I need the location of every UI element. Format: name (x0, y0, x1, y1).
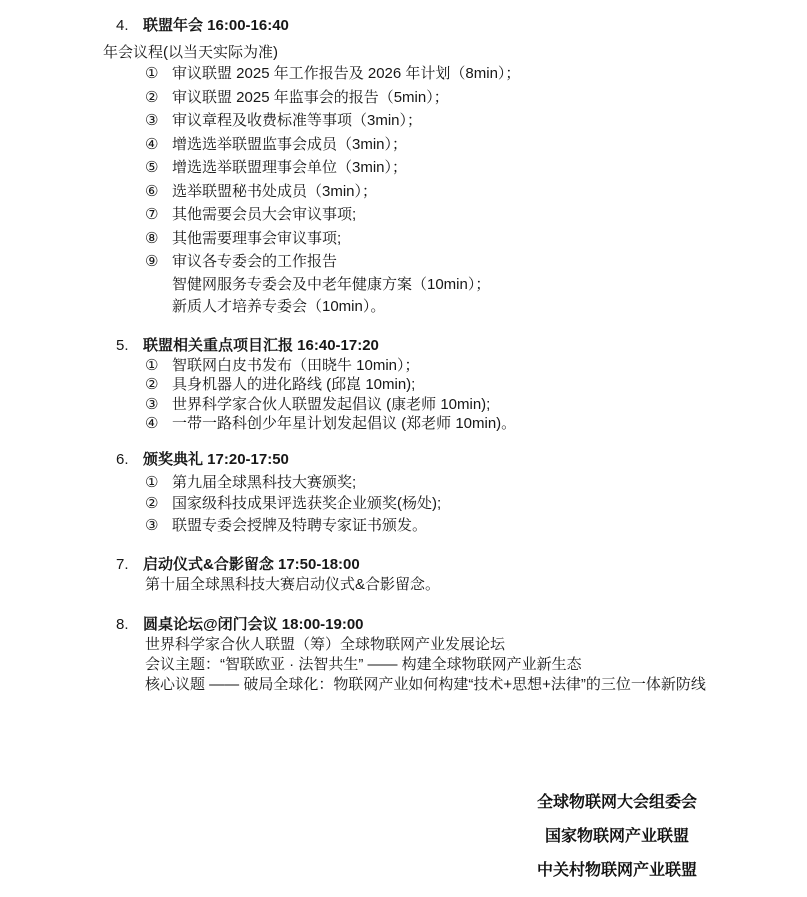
item-text: 联盟专委会授牌及特聘专家证书颁发。 (172, 515, 427, 537)
item-text: 第九届全球黑科技大赛颁奖; (172, 472, 356, 494)
agenda-item: ① 第九届全球黑科技大赛颁奖; (145, 472, 767, 494)
section-title: 联盟相关重点项目汇报 16:40-17:20 (143, 338, 379, 353)
agenda-section-key-projects: 5. 联盟相关重点项目汇报 16:40-17:20 ① 智联网白皮书发布（田晓牛… (103, 338, 767, 434)
item-text: 增选选举联盟理事会单位（3min）； (172, 156, 407, 180)
item-text: 其他需要理事会审议事项; (172, 227, 341, 251)
agenda-item-list: ① 审议联盟 2025 年工作报告及 2026 年计划（8min）； ② 审议联… (145, 62, 767, 274)
signature-line: 国家物联网产业联盟 (467, 820, 767, 854)
section-intro: 年会议程(以当天实际为准) (103, 45, 767, 60)
item-marker: ③ (145, 109, 172, 133)
section-body-line: 第十届全球黑科技大赛启动仪式&合影留念。 (145, 575, 767, 595)
section-heading: 5. 联盟相关重点项目汇报 16:40-17:20 (116, 338, 767, 353)
section-number: 5. (116, 338, 143, 353)
item-text: 增选选举联盟监事会成员（3min）； (172, 133, 407, 157)
item-marker: ⑤ (145, 156, 172, 180)
item-text: 世界科学家合伙人联盟发起倡议 (康老师 10min); (172, 395, 490, 415)
item-continuation-line: 智健网服务专委会及中老年健康方案（10min）； (172, 274, 767, 296)
agenda-section-launch-ceremony: 7. 启动仪式&合影留念 17:50-18:00 第十届全球黑科技大赛启动仪式&… (103, 557, 767, 595)
agenda-item: ④ 一带一路科创少年星计划发起倡议 (郑老师 10min)。 (145, 414, 767, 434)
section-heading: 7. 启动仪式&合影留念 17:50-18:00 (116, 557, 767, 572)
item-marker: ② (145, 493, 172, 515)
agenda-item-list: ① 第九届全球黑科技大赛颁奖; ② 国家级科技成果评选获奖企业颁奖(杨处); ③… (145, 472, 767, 537)
agenda-item: ③ 世界科学家合伙人联盟发起倡议 (康老师 10min); (145, 395, 767, 415)
agenda-item: ⑧ 其他需要理事会审议事项; (145, 227, 767, 251)
item-marker: ⑧ (145, 227, 172, 251)
item-marker: ② (145, 86, 172, 110)
item-marker: ④ (145, 133, 172, 157)
section-heading: 6. 颁奖典礼 17:20-17:50 (116, 452, 767, 467)
section-title: 启动仪式&合影留念 17:50-18:00 (143, 557, 360, 572)
item-marker: ① (145, 472, 172, 494)
agenda-item: ④ 增选选举联盟监事会成员（3min）； (145, 133, 767, 157)
agenda-section-annual-meeting: 4. 联盟年会 16:00-16:40 年会议程(以当天实际为准) ① 审议联盟… (103, 18, 767, 318)
agenda-item: ⑥ 选举联盟秘书处成员（3min）； (145, 180, 767, 204)
item-continuation-line: 新质人才培养专委会（10min）。 (172, 296, 767, 318)
item-marker: ② (145, 375, 172, 395)
agenda-item: ① 智联网白皮书发布（田晓牛 10min）； (145, 356, 767, 376)
item-text: 国家级科技成果评选获奖企业颁奖(杨处); (172, 493, 441, 515)
item-marker: ⑨ (145, 250, 172, 274)
signature-line: 全球物联网大会组委会 (467, 786, 767, 820)
agenda-item: ③ 联盟专委会授牌及特聘专家证书颁发。 (145, 515, 767, 537)
section-heading: 8. 圆桌论坛@闭门会议 18:00-19:00 (116, 617, 767, 632)
section-number: 7. (116, 557, 143, 572)
item-text: 具身机器人的进化路线 (邱崑 10min); (172, 375, 415, 395)
agenda-item: ⑤ 增选选举联盟理事会单位（3min）； (145, 156, 767, 180)
agenda-item: ⑦ 其他需要会员大会审议事项; (145, 203, 767, 227)
item-text: 审议各专委会的工作报告 (172, 250, 337, 274)
item-marker: ④ (145, 414, 172, 434)
item-text: 其他需要会员大会审议事项; (172, 203, 356, 227)
item-text: 智联网白皮书发布（田晓牛 10min）； (172, 356, 420, 376)
section-title: 圆桌论坛@闭门会议 18:00-19:00 (143, 617, 364, 632)
section-body-line: 核心议题 —— 破局全球化：物联网产业如何构建“技术+思想+法律”的三位一体新防… (145, 675, 767, 695)
section-title: 颁奖典礼 17:20-17:50 (143, 452, 289, 467)
agenda-item: ② 国家级科技成果评选获奖企业颁奖(杨处); (145, 493, 767, 515)
item-text: 选举联盟秘书处成员（3min）； (172, 180, 377, 204)
section-number: 6. (116, 452, 143, 467)
signature-line: 中关村物联网产业联盟 (467, 854, 767, 888)
item-marker: ⑦ (145, 203, 172, 227)
signature-block: 全球物联网大会组委会 国家物联网产业联盟 中关村物联网产业联盟 (467, 786, 767, 888)
agenda-item: ⑨ 审议各专委会的工作报告 (145, 250, 767, 274)
section-title: 联盟年会 16:00-16:40 (143, 18, 289, 33)
item-marker: ③ (145, 395, 172, 415)
agenda-item: ③ 审议章程及收费标准等事项（3min）； (145, 109, 767, 133)
agenda-item: ① 审议联盟 2025 年工作报告及 2026 年计划（8min）； (145, 62, 767, 86)
agenda-item: ② 审议联盟 2025 年监事会的报告（5min）； (145, 86, 767, 110)
agenda-item: ② 具身机器人的进化路线 (邱崑 10min); (145, 375, 767, 395)
item-marker: ① (145, 62, 172, 86)
item-text: 一带一路科创少年星计划发起倡议 (郑老师 10min)。 (172, 414, 516, 434)
item-marker: ③ (145, 515, 172, 537)
item-text: 审议联盟 2025 年监事会的报告（5min）； (172, 86, 449, 110)
section-body-line: 世界科学家合伙人联盟（筹）全球物联网产业发展论坛 (145, 635, 767, 655)
section-heading: 4. 联盟年会 16:00-16:40 (116, 18, 767, 33)
item-text: 审议章程及收费标准等事项（3min）； (172, 109, 422, 133)
item-text: 审议联盟 2025 年工作报告及 2026 年计划（8min）； (172, 62, 520, 86)
agenda-item-list: ① 智联网白皮书发布（田晓牛 10min）； ② 具身机器人的进化路线 (邱崑 … (145, 356, 767, 434)
item-marker: ① (145, 356, 172, 376)
document-page: 4. 联盟年会 16:00-16:40 年会议程(以当天实际为准) ① 审议联盟… (0, 0, 807, 897)
agenda-section-roundtable-forum: 8. 圆桌论坛@闭门会议 18:00-19:00 世界科学家合伙人联盟（筹）全球… (103, 617, 767, 695)
section-number: 8. (116, 617, 143, 632)
item-marker: ⑥ (145, 180, 172, 204)
section-body-line: 会议主题：“智联欧亚 · 法智共生” —— 构建全球物联网产业新生态 (145, 655, 767, 675)
agenda-section-award-ceremony: 6. 颁奖典礼 17:20-17:50 ① 第九届全球黑科技大赛颁奖; ② 国家… (103, 452, 767, 537)
section-number: 4. (116, 18, 143, 33)
